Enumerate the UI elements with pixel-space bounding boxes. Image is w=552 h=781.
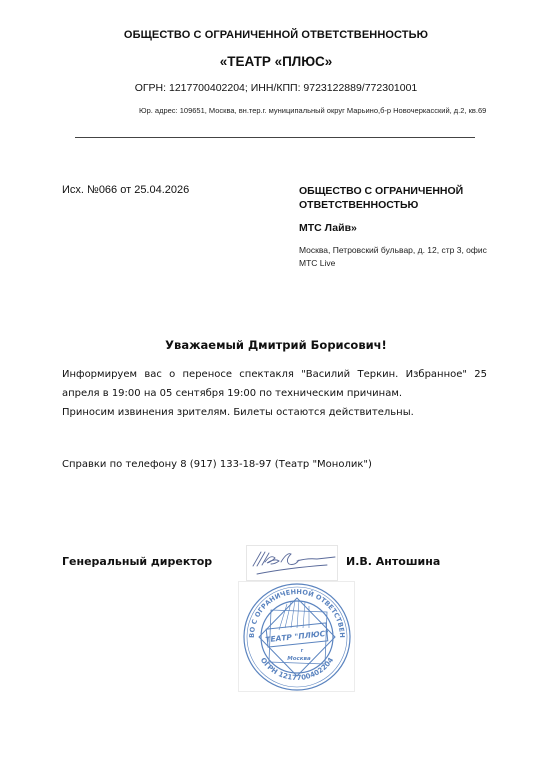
letterhead-org-name: «ТЕАТР «ПЛЮС»: [0, 54, 552, 69]
recipient-org-name: МТС Лайв»: [299, 222, 499, 234]
recipient-block: ОБЩЕСТВО С ОГРАНИЧЕННОЙ ОТВЕТСТВЕННОСТЬЮ…: [299, 184, 499, 270]
letterhead-divider: [75, 137, 475, 138]
recipient-address: Москва, Петровский бульвар, д. 12, стр 3…: [299, 244, 499, 270]
salutation: Уважаемый Дмитрий Борисович!: [0, 338, 552, 352]
outgoing-reference: Исх. №066 от 25.04.2026: [62, 184, 189, 196]
letter-paragraph-1: Информируем вас о переносе спектакля "Ва…: [62, 365, 487, 403]
letterhead-org-type: ОБЩЕСТВО С ОГРАНИЧЕННОЙ ОТВЕТСТВЕННОСТЬЮ: [0, 29, 552, 41]
company-seal: ОБЩЕСТВО С ОГРАНИЧЕННОЙ ОТВЕТСТВЕННОСТЬЮ…: [238, 581, 355, 692]
letter-body: Информируем вас о переносе спектакля "Ва…: [62, 365, 487, 422]
seal-stamp-icon: ОБЩЕСТВО С ОГРАНИЧЕННОЙ ОТВЕТСТВЕННОСТЬЮ…: [239, 582, 354, 691]
letter-paragraph-2: Приносим извинения зрителям. Билеты оста…: [62, 403, 487, 422]
signature-scribble-icon: [247, 546, 337, 580]
handwritten-signature: [246, 545, 338, 581]
signatory-position: Генеральный директор: [62, 555, 212, 568]
letterhead-legal-address: Юр. адрес: 109651, Москва, вн.тер.г. мун…: [139, 106, 486, 115]
letterhead-registration-ids: ОГРН: 1217700402204; ИНН/КПП: 9723122889…: [0, 82, 552, 94]
seal-city: Москва: [287, 656, 311, 662]
recipient-org-type: ОБЩЕСТВО С ОГРАНИЧЕННОЙ ОТВЕТСТВЕННОСТЬЮ: [299, 184, 499, 212]
signatory-name: И.В. Антошина: [346, 555, 440, 568]
seal-city-prefix: г: [301, 648, 304, 654]
inquiry-phone-line: Справки по телефону 8 (917) 133-18-97 (Т…: [62, 459, 372, 470]
